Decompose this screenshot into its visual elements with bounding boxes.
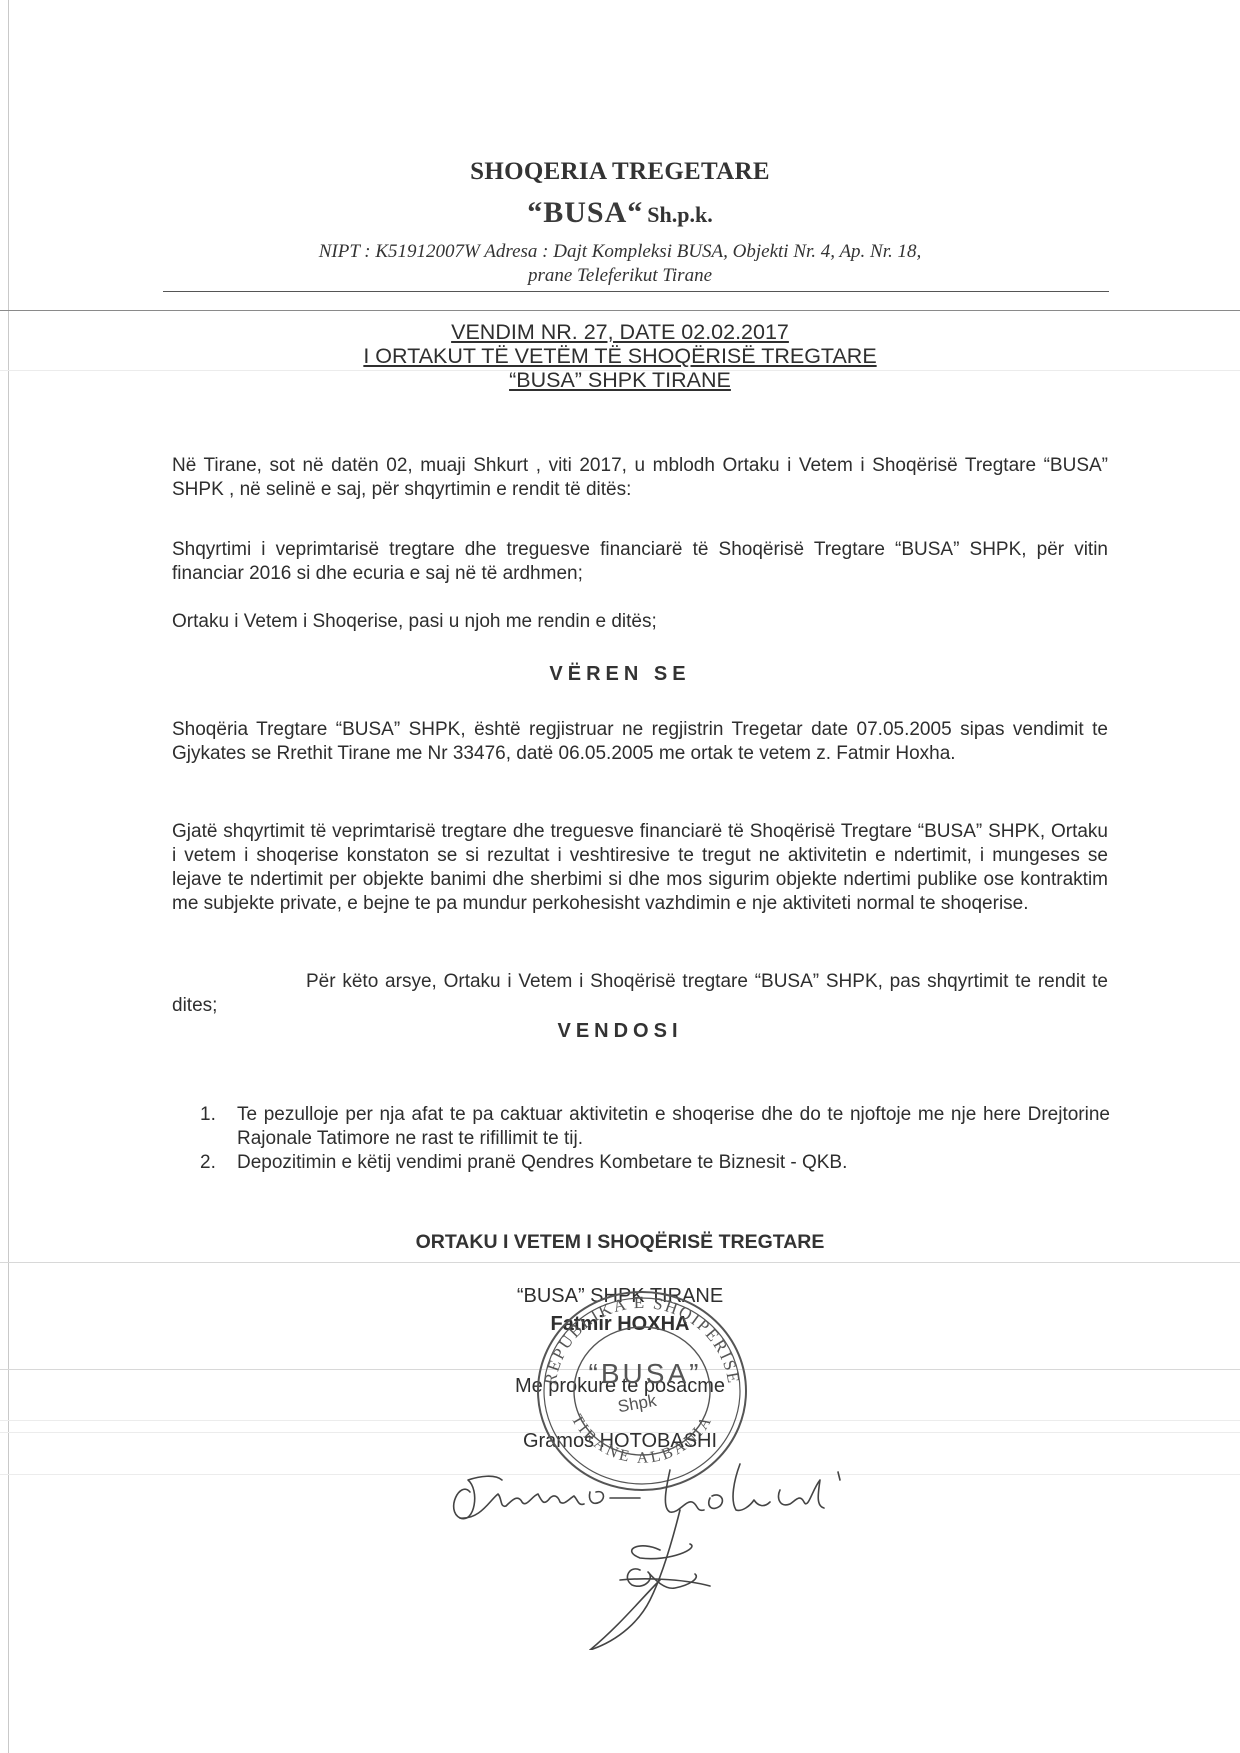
- signature-owner: Fatmir HOXHA: [0, 1313, 1240, 1336]
- decision-number: 2.: [200, 1151, 216, 1175]
- signature-signatory: Gramos HOTOBASHI: [0, 1430, 1240, 1453]
- company-address: NIPT : K51912007W Adresa : Dajt Kompleks…: [0, 240, 1240, 288]
- signature-heading: ORTAKU I VETEM I SHOQËRISË TREGTARE: [0, 1231, 1240, 1254]
- decision-number-date: VENDIM NR. 27, DATE 02.02.2017: [0, 320, 1240, 344]
- brand-suffix: Sh.p.k.: [647, 202, 712, 227]
- decision-text: Depozitimin e këtij vendimi pranë Qendre…: [237, 1152, 847, 1173]
- registration-paragraph: Shoqëria Tregtare “BUSA” SHPK, është reg…: [172, 718, 1108, 766]
- signature-company: “BUSA” SHPK TIRANE: [0, 1285, 1240, 1308]
- address-line-1: NIPT : K51912007W Adresa : Dajt Kompleks…: [0, 240, 1240, 264]
- agenda-paragraph: Shqyrtimi i veprimtarisë tregtare dhe tr…: [172, 538, 1108, 586]
- decision-item: 1. Te pezulloje per nja afat te pa caktu…: [200, 1103, 1110, 1151]
- decision-issuer: I ORTAKUT TË VETËM TË SHOQËRISË TREGTARE: [0, 344, 1240, 368]
- company-type: SHOQERIA TREGETARE: [0, 158, 1240, 186]
- decides-heading: VENDOSI: [0, 1020, 1240, 1043]
- brand-name: “BUSA“: [527, 196, 643, 229]
- observes-heading: VËREN SE: [0, 663, 1240, 686]
- decision-title: VENDIM NR. 27, DATE 02.02.2017 I ORTAKUT…: [0, 320, 1240, 392]
- acknowledge-paragraph: Ortaku i Vetem i Shoqerise, pasi u njoh …: [172, 610, 1108, 634]
- handwritten-signature-icon: [440, 1450, 860, 1650]
- scan-line: [0, 1474, 1240, 1475]
- decision-text: Te pezulloje per nja afat te pa caktuar …: [237, 1104, 1110, 1149]
- decision-item: 2. Depozitimin e këtij vendimi pranë Qen…: [200, 1151, 1110, 1175]
- scan-line: [0, 1262, 1240, 1263]
- decision-company: “BUSA” SHPK TIRANE: [0, 368, 1240, 392]
- company-brand: “BUSA“Sh.p.k.: [0, 196, 1240, 230]
- reasons-paragraph: Për këto arsye, Ortaku i Vetem i Shoqëri…: [172, 970, 1108, 1018]
- intro-paragraph: Në Tirane, sot në datën 02, muaji Shkurt…: [172, 454, 1108, 502]
- scan-line: [0, 310, 1240, 311]
- signature-proxy-note: Me prokure te posacme: [0, 1375, 1240, 1398]
- address-line-2: prane Teleferikut Tirane: [0, 264, 1240, 288]
- letterhead-divider: [163, 291, 1109, 292]
- decision-list: 1. Te pezulloje per nja afat te pa caktu…: [200, 1103, 1110, 1175]
- document-page: SHOQERIA TREGETARE “BUSA“Sh.p.k. NIPT : …: [0, 0, 1240, 1753]
- decision-number: 1.: [200, 1103, 216, 1127]
- scan-line: [0, 1369, 1240, 1370]
- findings-paragraph: Gjatë shqyrtimit të veprimtarisë tregtar…: [172, 820, 1108, 916]
- scan-line: [0, 1420, 1240, 1421]
